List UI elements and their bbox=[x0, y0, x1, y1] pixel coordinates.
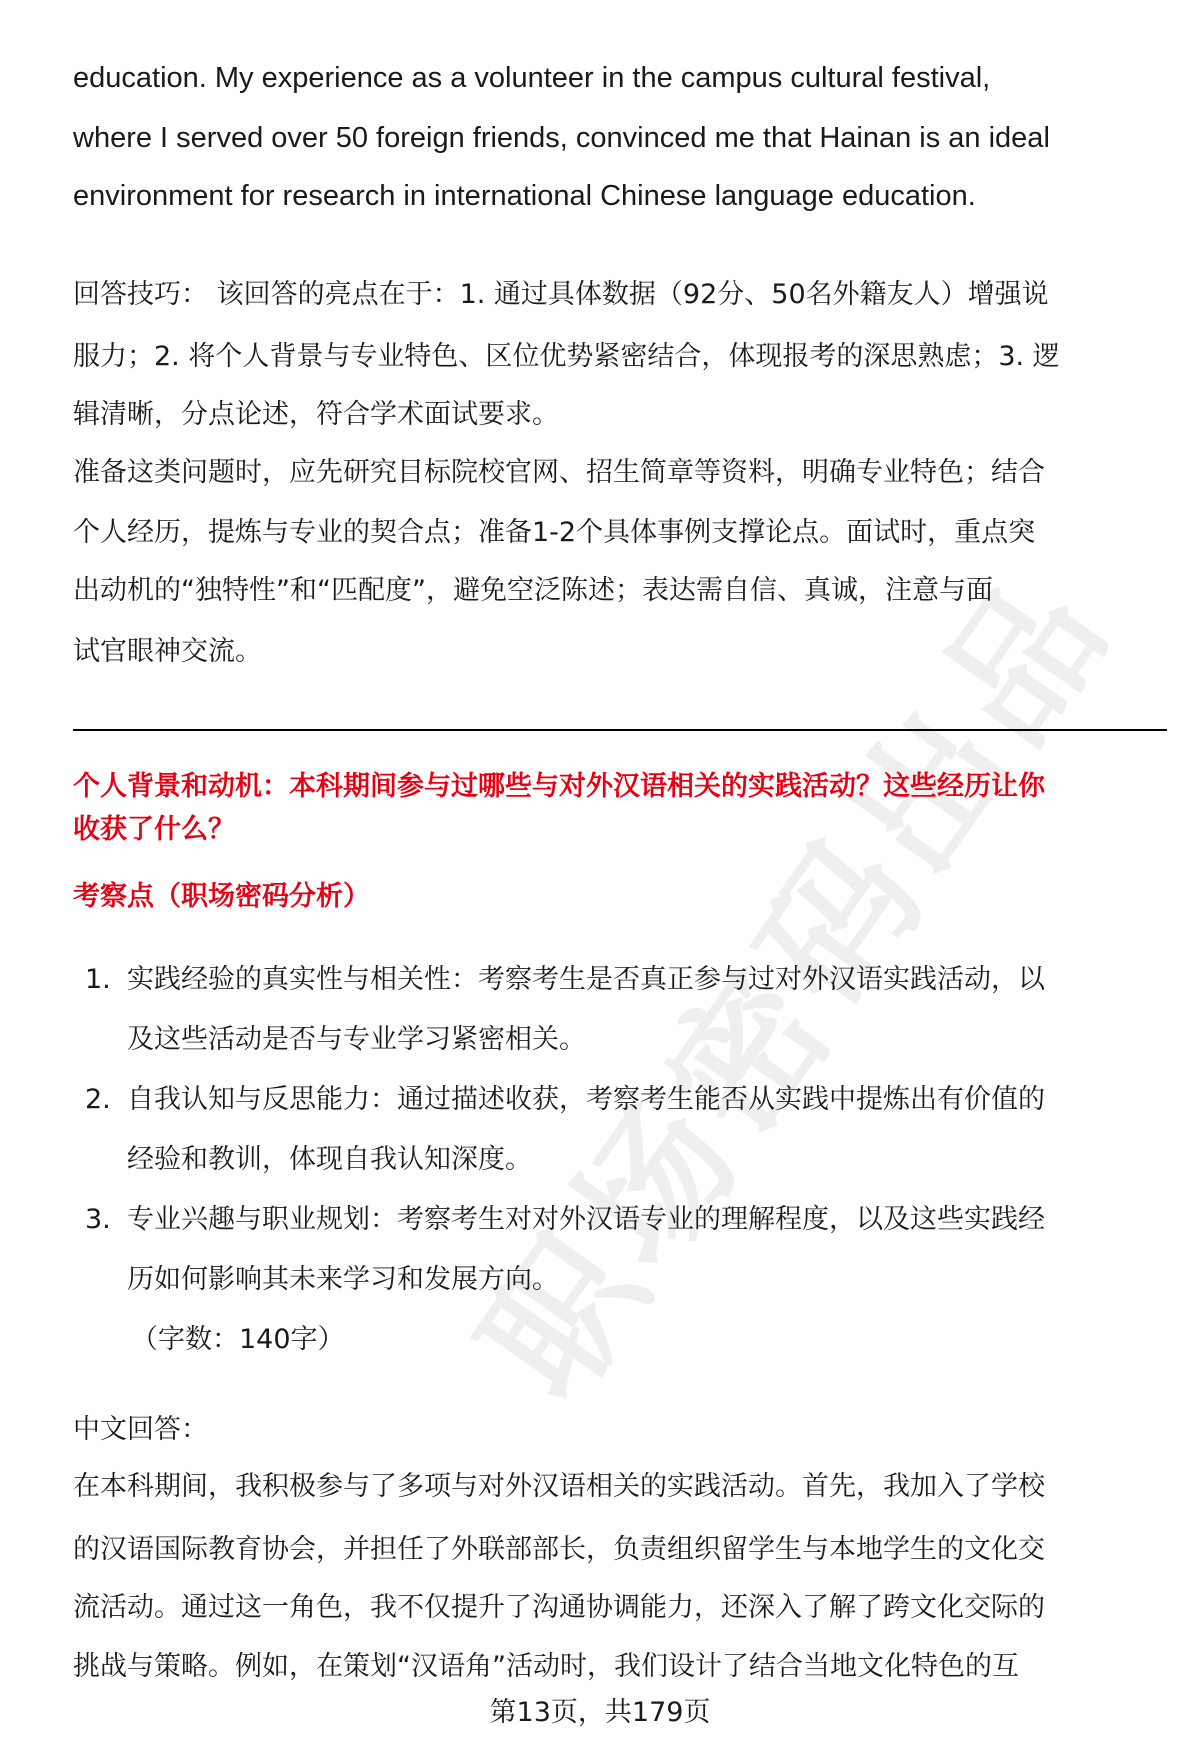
list-item-line: 及这些活动是否与专业学习紧密相关。 bbox=[127, 1022, 586, 1058]
answer-line: 的汉语国际教育协会，并担任了外联部部长，负责组织留学生与本地学生的文化交 bbox=[73, 1532, 1045, 1568]
list-number: 2. bbox=[85, 1082, 111, 1118]
intro-line: education. My experience as a volunteer … bbox=[73, 60, 990, 96]
tips-line: 辑清晰，分点论述，符合学术面试要求。 bbox=[73, 397, 559, 433]
list-number: 3. bbox=[85, 1202, 111, 1238]
intro-line: where I served over 50 foreign friends, … bbox=[73, 120, 1050, 156]
answer-line: 在本科期间，我积极参与了多项与对外汉语相关的实践活动。首先，我加入了学校 bbox=[73, 1469, 1045, 1505]
answer-label: 中文回答： bbox=[73, 1412, 208, 1448]
list-item-line: 自我认知与反思能力：通过描述收获，考察考生能否从实践中提炼出有价值的 bbox=[127, 1082, 1045, 1118]
list-number: 1. bbox=[85, 962, 111, 998]
answer-line: 流活动。通过这一角色，我不仅提升了沟通协调能力，还深入了解了跨文化交际的 bbox=[73, 1590, 1045, 1626]
tips-line: 服力；2. 将个人背景与专业特色、区位优势紧密结合，体现报考的深思熟虑；3. 逻 bbox=[73, 339, 1060, 375]
prep-line: 试官眼神交流。 bbox=[73, 634, 262, 670]
prep-line: 准备这类问题时，应先研究目标院校官网、招生简章等资料，明确专业特色；结合 bbox=[73, 455, 1045, 491]
list-item-line: 专业兴趣与职业规划：考察考生对对外汉语专业的理解程度，以及这些实践经 bbox=[127, 1202, 1045, 1238]
answer-line: 挑战与策略。例如，在策划“汉语角”活动时，我们设计了结合当地文化特色的互 bbox=[73, 1649, 1019, 1685]
analysis-heading: 考察点（职场密码分析） bbox=[73, 879, 370, 915]
question-heading: 个人背景和动机：本科期间参与过哪些与对外汉语相关的实践活动？这些经历让你 bbox=[73, 769, 1045, 805]
list-item-line: 历如何影响其未来学习和发展方向。 bbox=[127, 1262, 559, 1298]
section-divider bbox=[73, 729, 1167, 731]
intro-line: environment for research in internationa… bbox=[73, 178, 976, 214]
list-item-line: 实践经验的真实性与相关性：考察考生是否真正参与过对外汉语实践活动，以 bbox=[127, 962, 1045, 998]
tips-line: 回答技巧： 该回答的亮点在于：1. 通过具体数据（92分、50名外籍友人）增强说 bbox=[73, 277, 1049, 313]
page-number: 第13页，共179页 bbox=[0, 1695, 1200, 1731]
prep-line: 个人经历，提炼与专业的契合点；准备1-2个具体事例支撑论点。面试时，重点突 bbox=[73, 515, 1035, 551]
prep-line: 出动机的“独特性”和“匹配度”，避免空泛陈述；表达需自信、真诚，注意与面 bbox=[73, 573, 993, 609]
list-item-line: 经验和教训，体现自我认知深度。 bbox=[127, 1142, 532, 1178]
question-heading: 收获了什么？ bbox=[73, 812, 235, 848]
word-count: （字数：140字） bbox=[131, 1322, 345, 1358]
watermark: 职场密码出品 bbox=[153, 383, 1200, 1636]
